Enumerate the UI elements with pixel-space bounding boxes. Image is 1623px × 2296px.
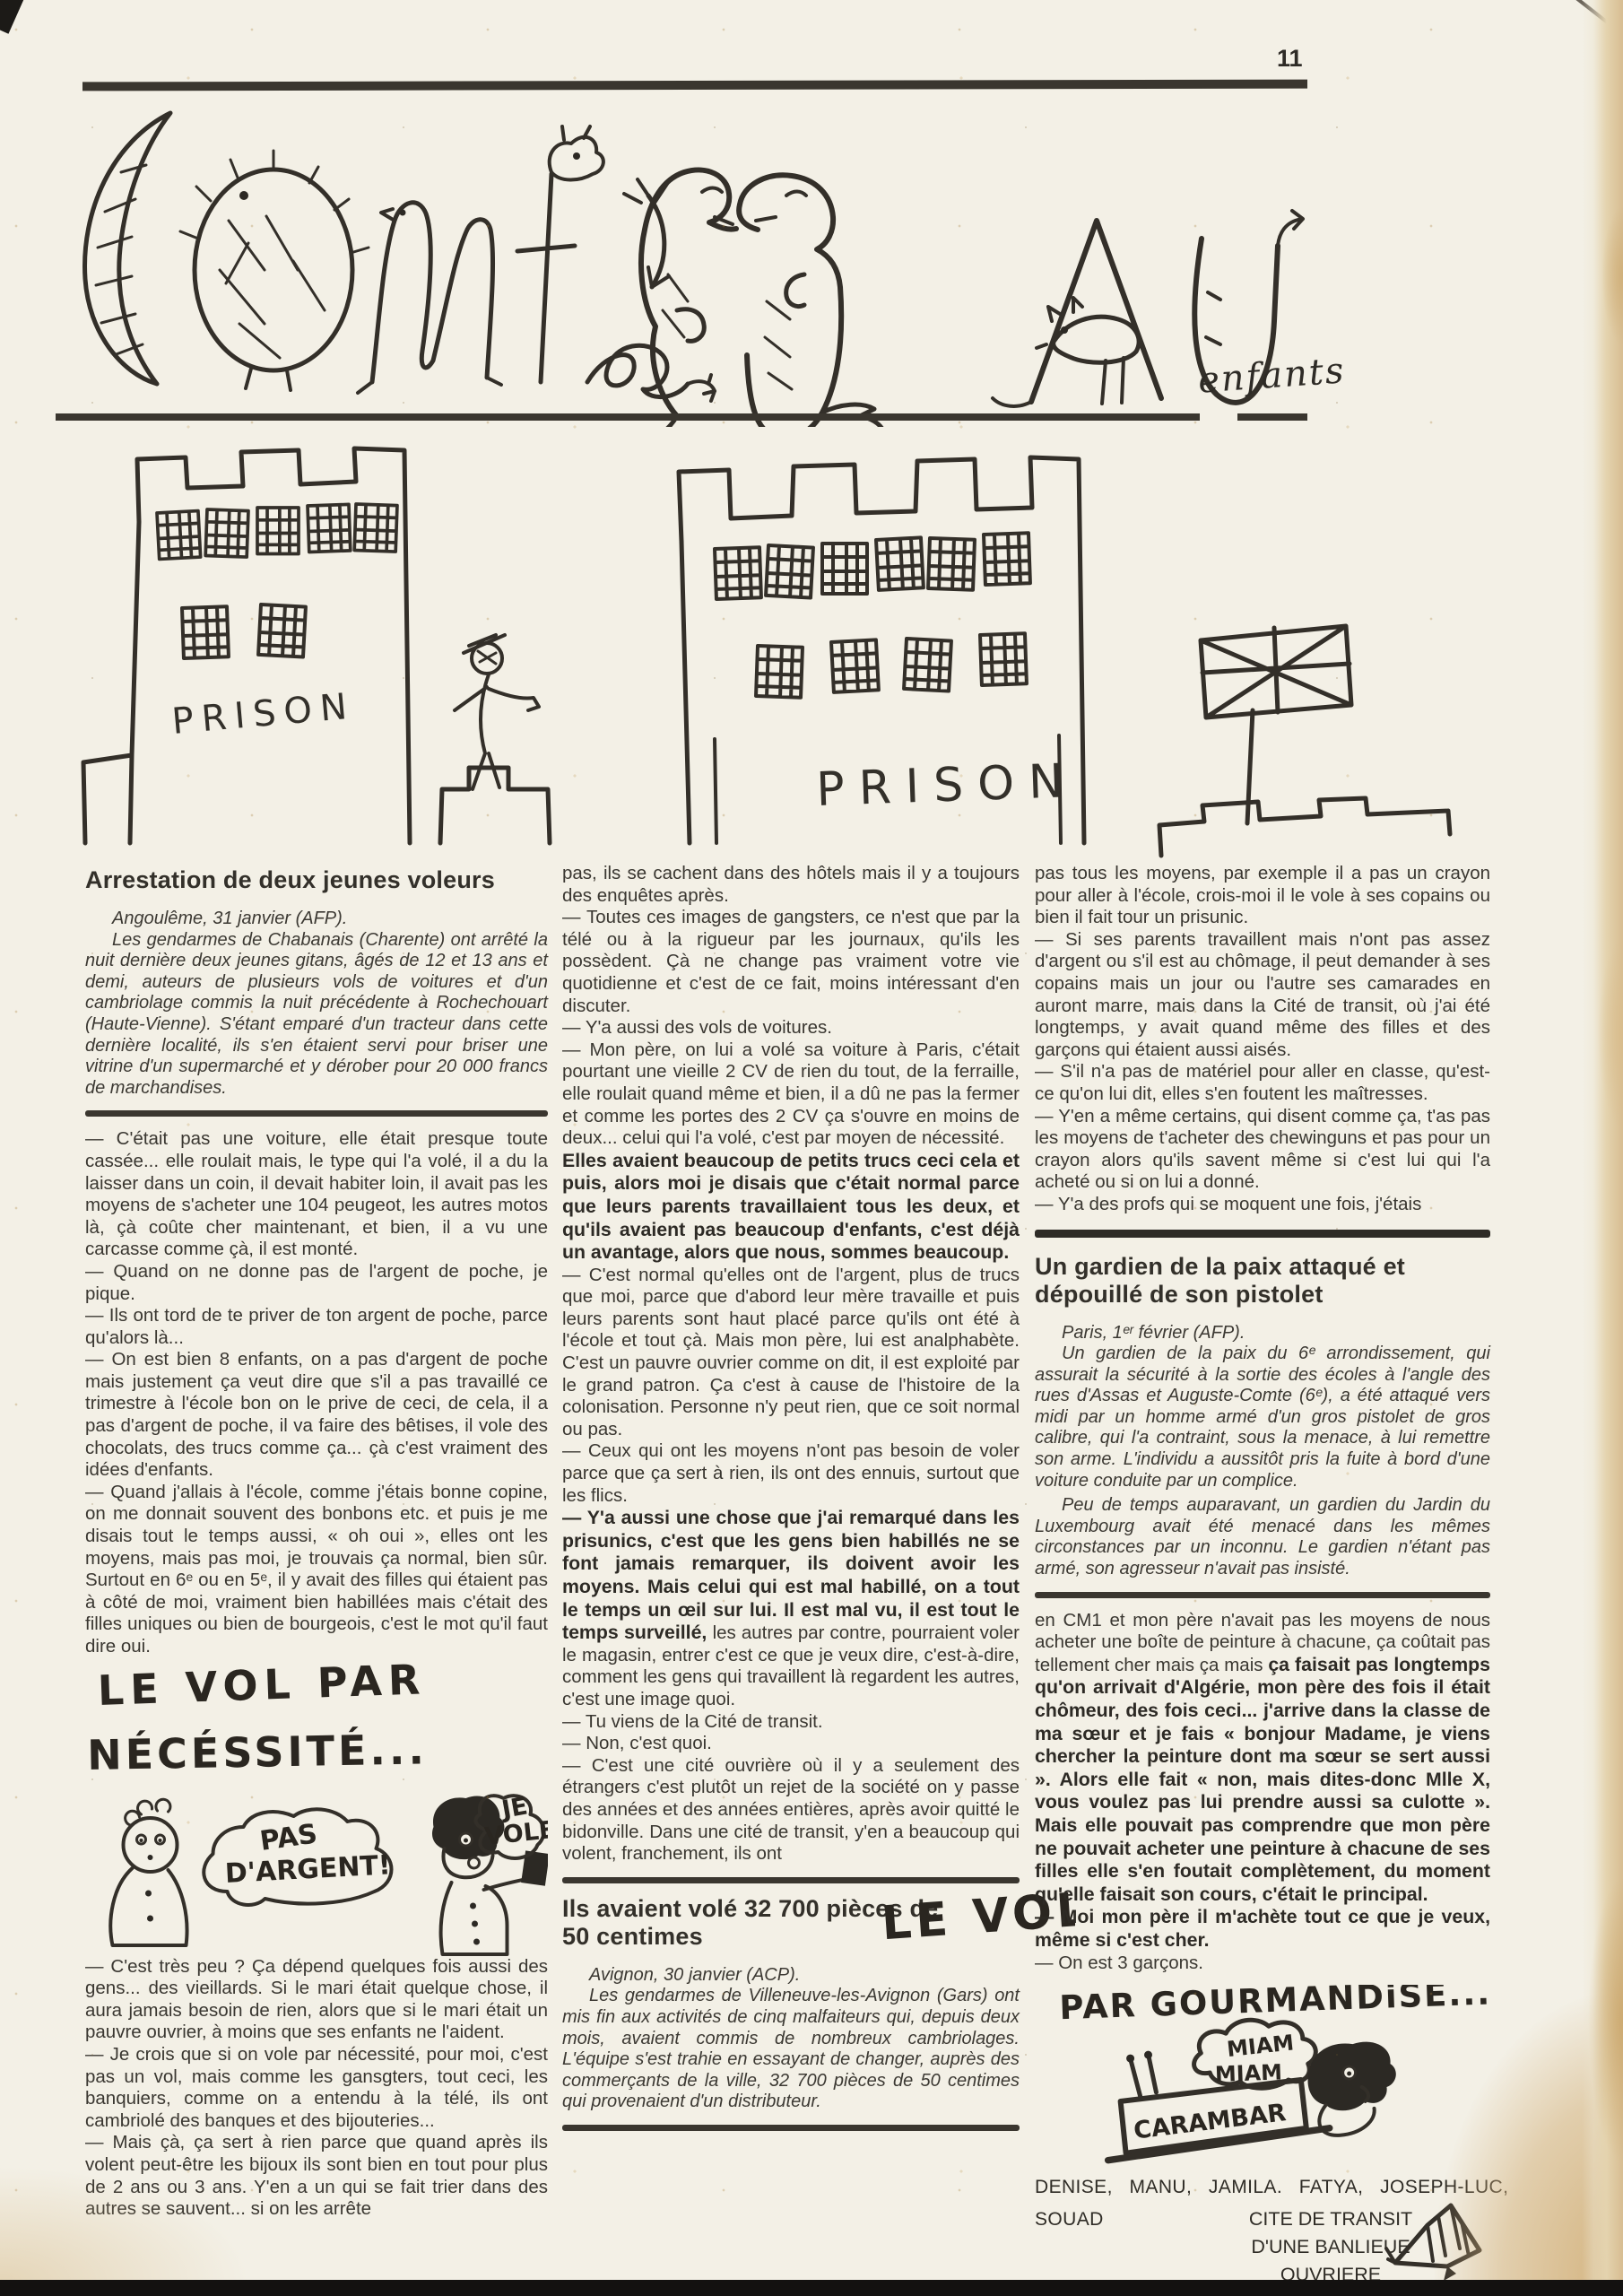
- text-run: pas tous les moyens, par exemple il a pa…: [1035, 863, 1490, 927]
- text-run: — Y'a aussi des vols de voitures.: [562, 1017, 832, 1038]
- column-right: pas tous les moyens, par exemple il a pa…: [1035, 863, 1490, 2294]
- letter-o-hedgehog-icon: [180, 151, 369, 390]
- text-run: — On est bien 8 enfants, on a pas d'arge…: [85, 1349, 548, 1480]
- text-run: — Ils ont tord de te priver de ton argen…: [85, 1305, 548, 1348]
- letter-n-creature-icon: [358, 203, 501, 393]
- text-run: — Si ses parents travaillent mais n'ont …: [1035, 929, 1490, 1060]
- dialogue-paragraph: — Mon père, on lui a volé sa voiture à P…: [562, 1039, 1020, 1150]
- scan-bottom-bar: [0, 2280, 1623, 2296]
- article-title: Arrestation de deux jeunes voleurs: [85, 866, 548, 894]
- text-run: — On est 3 garçons.: [1035, 1952, 1203, 1973]
- bold-run: Elles avaient beaucoup de petits trucs c…: [562, 1150, 1020, 1263]
- text-run: pas, ils se cachent dans des hôtels mais…: [562, 863, 1020, 906]
- par-gourmandise-drawing: PAR GOURMANDiSE... CARAMBAR MIAM MIAM DE…: [1035, 1985, 1490, 2294]
- dialogue-paragraph: — Tu viens de la Cité de transit.: [562, 1711, 1020, 1734]
- miam-text-2: MIAM: [1214, 2060, 1282, 2088]
- scanned-newspaper-page: 11: [0, 0, 1623, 2296]
- masthead-underline: [56, 413, 1200, 421]
- text-run: — Non, c'est quoi.: [562, 1733, 712, 1753]
- text-run: — C'est une cité ouvrière où il y a seul…: [562, 1755, 1020, 1864]
- dialogue-paragraph: — Y'en a même certains, qui disent comme…: [1035, 1106, 1490, 1194]
- text-run: — Quand on ne donne pas de l'argent de p…: [85, 1261, 548, 1304]
- eating-boy-figure: [1307, 2042, 1395, 2135]
- article-body-italic: Peu de temps auparavant, un gardien du J…: [1035, 1495, 1490, 1579]
- text-run: — Mais çà, ça sert à rien parce que quan…: [85, 2132, 548, 2219]
- dialogue-paragraph: — Toutes ces images de gangsters, ce n'e…: [562, 907, 1020, 1017]
- article-title: Un gardien de la paix attaqué et dépouil…: [1035, 1253, 1490, 1309]
- text-run: — Je crois que si on vole par nécessité,…: [85, 2044, 548, 2131]
- text-run: — Quand j'allais à l'école, comme j'étai…: [85, 1482, 548, 1657]
- letter-a-cat-icon: [993, 221, 1161, 406]
- text-run: — C'est très peu ? Ça dépend quelques fo…: [85, 1956, 548, 2043]
- dialogue-paragraph: — On est 3 garçons.: [1035, 1952, 1490, 1975]
- dialogue-paragraph: — Quand on ne donne pas de l'argent de p…: [85, 1261, 548, 1305]
- text-run: — C'était pas une voiture, elle était pr…: [85, 1128, 548, 1259]
- gourmandise-caption: PAR GOURMANDiSE...: [1059, 1985, 1490, 2027]
- flag-icon: [1159, 626, 1450, 856]
- dateline: Avignon, 30 janvier (ACP).: [562, 1965, 1020, 1987]
- byline-underline: [1237, 413, 1307, 421]
- torn-paper-edge: [1582, 0, 1623, 2296]
- dialogue-paragraph: — C'est très peu ? Ça dépend quelques fo…: [85, 1956, 548, 2044]
- scan-corner-scratch: [1575, 0, 1610, 25]
- dialogue-paragraph: — Quand j'allais à l'école, comme j'étai…: [85, 1482, 548, 1658]
- necessite-caption-line1: LE VOL PAR: [97, 1658, 427, 1715]
- dialogue-paragraph: — Si ses parents travaillent mais n'ont …: [1035, 929, 1490, 1062]
- column-rule: [1035, 1592, 1490, 1598]
- title-art-animal-letters-illustration: [49, 86, 1323, 427]
- dialogue-paragraph: pas tous les moyens, par exemple il a pa…: [1035, 863, 1490, 929]
- dialogue-paragraph: — Y'a aussi des vols de voitures.: [562, 1017, 1020, 1039]
- dialogue-paragraph: — Ceux qui ont les moyens n'ont pas beso…: [562, 1440, 1020, 1507]
- dateline: Paris, 1ᵉʳ février (AFP).: [1035, 1323, 1490, 1344]
- dialogue-paragraph: — S'il n'a pas de matériel pour aller en…: [1035, 1061, 1490, 1105]
- bold-run: — Moi mon père il m'achète tout ce que j…: [1035, 1906, 1490, 1951]
- text-run: — Tu viens de la Cité de transit.: [562, 1711, 823, 1732]
- column-rule: [85, 1110, 548, 1117]
- dialogue-paragraph: — Moi mon père il m'achète tout ce que j…: [1035, 1906, 1490, 1952]
- dateline: Angoulême, 31 janvier (AFP).: [85, 909, 548, 930]
- bubble-text-dargent: D'ARGENT!: [224, 1849, 391, 1890]
- prison-drawing-illustration: PRISON PRISON: [49, 432, 1574, 861]
- child-figure-left: [110, 1799, 187, 1945]
- dialogue-paragraph: — On est bien 8 enfants, on a pas d'arge…: [85, 1349, 548, 1482]
- bold-run: ça faisait pas longtemps qu'on arrivait …: [1035, 1654, 1490, 1905]
- prison-label-left: PRISON: [170, 685, 357, 743]
- dialogue-paragraph: — C'est une cité ouvrière où il y a seul…: [562, 1755, 1020, 1865]
- column-left: Arrestation de deux jeunes voleursAngoul…: [85, 866, 548, 2221]
- dialogue-paragraph: pas, ils se cachent dans des hôtels mais…: [562, 863, 1020, 907]
- dialogue-paragraph: en CM1 et mon père n'avait pas les moyen…: [1035, 1610, 1490, 1907]
- caterpillar-drawing: [1384, 2182, 1492, 2285]
- dialogue-paragraph: — C'est normal qu'elles ont de l'argent,…: [562, 1265, 1020, 1441]
- text-run: — Toutes ces images de gangsters, ce n'e…: [562, 907, 1020, 1015]
- letter-t-squirrel-icon: [517, 126, 603, 382]
- letter-c-crescent-icon: [85, 113, 170, 384]
- article-body-italic: Les gendarmes de Villeneuve-les-Avignon …: [562, 1986, 1020, 2113]
- guard-figure: [440, 635, 550, 843]
- levol-necessite-drawing: LE VOL PAR NÉCÉSSITÉ... PAS D'ARGENT!: [85, 1658, 548, 1956]
- dialogue-paragraph: — Y'a aussi une chose que j'ai remarqué …: [562, 1507, 1020, 1710]
- necessite-caption-line2: NÉCÉSSITÉ...: [87, 1725, 429, 1779]
- text-run: — C'est normal qu'elles ont de l'argent,…: [562, 1265, 1020, 1439]
- text-run: — Y'a des profs qui se moquent une fois,…: [1035, 1194, 1421, 1214]
- prison-label-center: PRISON: [815, 754, 1079, 817]
- article-body-italic: Les gendarmes de Chabanais (Charente) on…: [85, 930, 548, 1100]
- scan-corner-mark: [0, 0, 25, 34]
- dialogue-paragraph: — Non, c'est quoi.: [562, 1733, 1020, 1755]
- text-run: — Mon père, on lui a volé sa voiture à P…: [562, 1039, 1020, 1148]
- dialogue-paragraph: — Mais çà, ça sert à rien parce que quan…: [85, 2132, 548, 2220]
- prison-center-building: PRISON: [679, 457, 1084, 843]
- text-run: — Ceux qui ont les moyens n'ont pas beso…: [562, 1440, 1020, 1505]
- article-title-wrap: Ils avaient volé 32 700 pièces de 50 cen…: [562, 1895, 1020, 1951]
- dialogue-paragraph: — Ils ont tord de te priver de ton argen…: [85, 1305, 548, 1349]
- dialogue-paragraph: — Y'a des profs qui se moquent une fois,…: [1035, 1194, 1490, 1216]
- prison-left-building: PRISON: [83, 448, 410, 843]
- miam-text-1: MIAM: [1226, 2031, 1295, 2063]
- article-body-italic: Un gardien de la paix du 6ᵉ arrondisseme…: [1035, 1344, 1490, 1492]
- credit-name-souad: SOUAD: [1035, 2209, 1104, 2231]
- bubble-text-pas: PAS: [258, 1818, 319, 1857]
- dialogue-paragraph: — C'était pas une voiture, elle était pr…: [85, 1128, 548, 1261]
- dialogue-paragraph: Elles avaient beaucoup de petits trucs c…: [562, 1150, 1020, 1265]
- page-number: 11: [1277, 45, 1303, 73]
- text-run: — S'il n'a pas de matériel pour aller en…: [1035, 1061, 1490, 1104]
- column-rule: [1035, 1230, 1490, 1238]
- speech-bubble-pas-dargent: PAS D'ARGENT!: [204, 1809, 391, 1905]
- column-middle: pas, ils se cachent dans des hôtels mais…: [562, 863, 1020, 2143]
- dialogue-paragraph: — Je crois que si on vole par nécessité,…: [85, 2044, 548, 2132]
- text-run: — Y'en a même certains, qui disent comme…: [1035, 1106, 1490, 1193]
- column-rule: [562, 2125, 1020, 2131]
